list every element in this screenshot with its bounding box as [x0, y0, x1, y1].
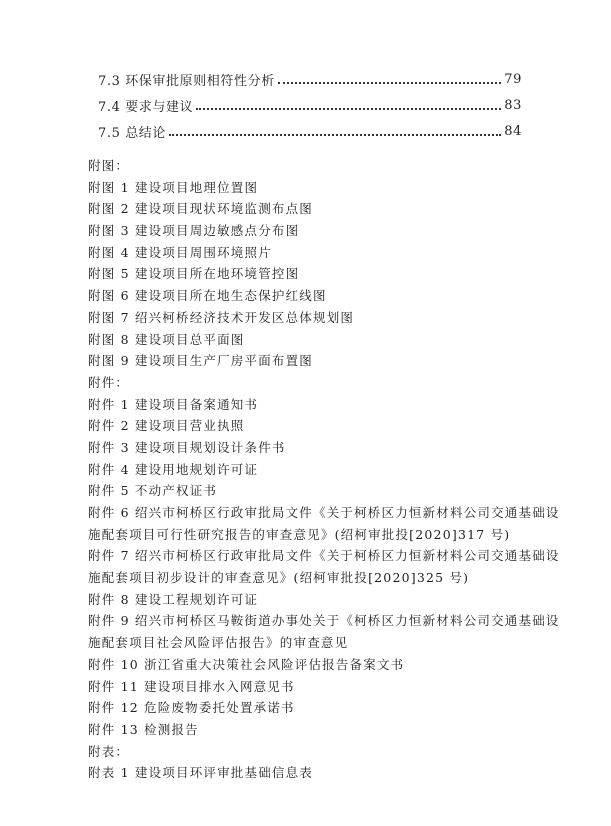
appendix-lists: 附图： 附图 1 建设项目地理位置图附图 2 建设项目现状环境监测布点图附图 3…: [88, 155, 528, 784]
list-item: 附件 6 绍兴市柯桥区行政审批局文件《关于柯桥区力恒新材料公司交通基础设: [88, 502, 528, 524]
list-item: 附图 9 建设项目生产厂房平面布置图: [88, 350, 528, 372]
figures-section: 附图： 附图 1 建设项目地理位置图附图 2 建设项目现状环境监测布点图附图 3…: [88, 155, 528, 372]
list-item: 附件 13 检测报告: [88, 719, 528, 741]
list-item: 附件 4 建设用地规划许可证: [88, 459, 528, 481]
list-item: 附件 8 建设工程规划许可证: [88, 589, 528, 611]
list-item: 附件 7 绍兴市柯桥区行政审批局文件《关于柯桥区力恒新材料公司交通基础设: [88, 545, 528, 567]
list-item: 附图 7 绍兴柯桥经济技术开发区总体规划图: [88, 307, 528, 329]
list-item: 施配套项目可行性研究报告的审查意见》(绍柯审批投[2020]317 号): [88, 524, 528, 546]
tables-list: 附表 1 建设项目环评审批基础信息表: [88, 762, 528, 784]
toc-page-number: 84: [504, 124, 522, 139]
list-item: 附件 5 不动产权证书: [88, 480, 528, 502]
list-item: 附件 10 浙江省重大决策社会风险评估报告备案文书: [88, 654, 528, 676]
list-item: 附件 1 建设项目备案通知书: [88, 394, 528, 416]
list-item: 附件 12 危险废物委托处置承诺书: [88, 697, 528, 719]
list-item: 附件 2 建设项目营业执照: [88, 415, 528, 437]
list-item: 附件 3 建设项目规划设计条件书: [88, 437, 528, 459]
list-item: 附图 2 建设项目现状环境监测布点图: [88, 198, 528, 220]
list-item: 附图 8 建设项目总平面图: [88, 329, 528, 351]
attachments-section: 附件： 附件 1 建设项目备案通知书附件 2 建设项目营业执照附件 3 建设项目…: [88, 372, 528, 741]
list-item: 施配套项目初步设计的审查意见》(绍柯审批投[2020]325 号): [88, 567, 528, 589]
figures-list: 附图 1 建设项目地理位置图附图 2 建设项目现状环境监测布点图附图 3 建设项…: [88, 177, 528, 372]
toc-section: 7.3 环保审批原则相符性分析797.4 要求与建议837.5 总结论84: [98, 66, 522, 144]
list-item: 附图 5 建设项目所在地环境管控图: [88, 263, 528, 285]
figures-heading: 附图：: [88, 155, 528, 177]
toc-page-number: 83: [504, 98, 522, 113]
toc-entry[interactable]: 7.4 要求与建议83: [98, 92, 522, 118]
attachments-list: 附件 1 建设项目备案通知书附件 2 建设项目营业执照附件 3 建设项目规划设计…: [88, 394, 528, 741]
toc-entry-label: 7.4 要求与建议: [98, 96, 193, 115]
document-page: 7.3 环保审批原则相符性分析797.4 要求与建议837.5 总结论84 附图…: [0, 0, 611, 826]
toc-dot-leader: [278, 82, 501, 84]
list-item: 附图 1 建设项目地理位置图: [88, 177, 528, 199]
list-item: 附件 11 建设项目排水入网意见书: [88, 676, 528, 698]
toc-page-number: 79: [504, 72, 522, 87]
toc-dot-leader: [196, 108, 501, 110]
list-item: 附图 3 建设项目周边敏感点分布图: [88, 220, 528, 242]
list-item: 附图 6 建设项目所在地生态保护红线图: [88, 285, 528, 307]
list-item: 附件 9 绍兴市柯桥区马鞍街道办事处关于《柯桥区力恒新材料公司交通基础设: [88, 610, 528, 632]
tables-section: 附表： 附表 1 建设项目环评审批基础信息表: [88, 741, 528, 784]
tables-heading: 附表：: [88, 741, 528, 763]
list-item: 附表 1 建设项目环评审批基础信息表: [88, 762, 528, 784]
toc-dot-leader: [169, 134, 501, 136]
list-item: 附图 4 建设项目周围环境照片: [88, 242, 528, 264]
list-item: 施配套项目社会风险评估报告》的审查意见: [88, 632, 528, 654]
attachments-heading: 附件：: [88, 372, 528, 394]
toc-entry[interactable]: 7.3 环保审批原则相符性分析79: [98, 66, 522, 92]
toc-entry-label: 7.5 总结论: [98, 122, 166, 141]
toc-entry-label: 7.3 环保审批原则相符性分析: [98, 70, 275, 89]
toc-entry[interactable]: 7.5 总结论84: [98, 118, 522, 144]
